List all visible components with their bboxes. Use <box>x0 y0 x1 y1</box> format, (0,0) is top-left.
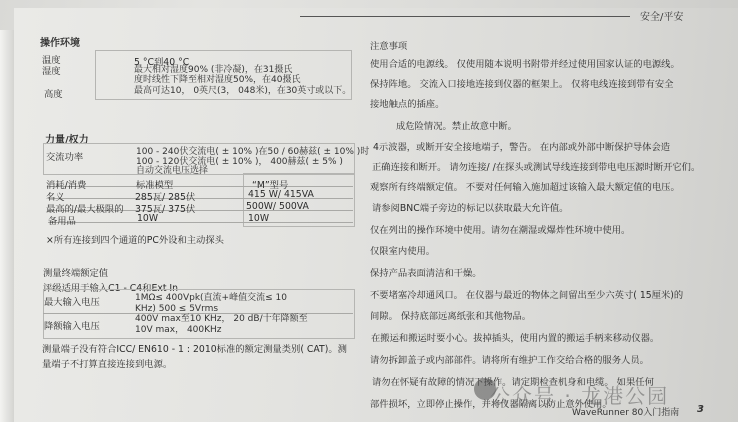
env-value-altitude: 最高可达10， 0英尺(3， 048米)，在30英寸或以下。 <box>134 86 351 96</box>
precaution-line: 在搬运和搬运时要小心。拔掉插头，使用内置的搬运手柄来移动仪器。 <box>371 330 659 344</box>
ac-power-label: 交流功率 <box>46 149 83 163</box>
terminal-value-max-2: KHz) 500 ≤ 5Vrms <box>135 304 218 314</box>
precaution-line: 仅在列出的操作环境中使用。请勿在潮湿或爆炸性环境中使用。 <box>370 222 630 236</box>
terminal-value-derated-2: 10V max， 400KHz <box>135 325 222 335</box>
precaution-line: 间隙。 保持底部远离纸张和其他物品。 <box>370 308 531 322</box>
terminal-label-max: 最大输入电压 <box>44 294 100 308</box>
page-curl <box>0 30 14 422</box>
terminal-value-max-1: 1MΩ≤ 400Vpk(直流+峰值交流≤ 10 <box>135 293 287 303</box>
header-rule <box>300 16 630 17</box>
consumption-row-label: 备用品 <box>48 213 76 227</box>
consumption-row-m: 10W <box>248 213 269 224</box>
precaution-line: 仅限室内使用。 <box>370 243 435 257</box>
ac-power-line-3: 自动交流电压选择 <box>136 166 208 176</box>
terminal-note-1: 测量端子没有符合ICC/ EN610 - 1 : 2010标准的额定测量类别( … <box>42 341 347 355</box>
precaution-line: 使用合适的电源线。 仅使用随本说明书附带并经过使用国家认证的电源线。 <box>370 56 680 70</box>
env-title: 操作环境 <box>40 34 80 49</box>
power-note: ×所有连接到四个通道的PC外设和主动探头 <box>46 232 224 246</box>
terminal-label-derated: 降额输入电压 <box>44 318 100 332</box>
consumption-row-rule <box>48 186 353 187</box>
terminal-value-derated-1: 400V max至10 KHz， 20 dB/十年降额至 <box>135 314 308 324</box>
env-label-altitude: 高度 <box>44 86 63 100</box>
ac-power-line-1: 100 - 240伏交流电( ± 10% )在50 / 60赫兹( ± 10% … <box>136 147 369 157</box>
precaution-line: 保持阵地。 交流入口接地连接到仪器的框架上。 仅将电线连接到带有安全 <box>370 76 673 90</box>
env-label-humidity: 湿度 <box>42 63 61 77</box>
precaution-line: 请参阅BNC端子旁边的标记以获取最大允许值。 <box>372 200 568 214</box>
precaution-line: 成危险情况。禁止故意中断。 <box>396 118 517 132</box>
consumption-row-std: 10W <box>137 213 158 224</box>
terminal-title: 测量终端额定值 <box>43 265 108 279</box>
precautions-title: 注意事项 <box>370 38 407 52</box>
precaution-line: 接地触点的插座。 <box>370 96 444 110</box>
precaution-line: 4示波器，或断开安全接地端子，警告。 在内部或外部中断保护导体会造 <box>373 139 670 153</box>
consumption-row-rule <box>48 222 353 223</box>
env-value-humidity-1: 最大相对湿度90% (非冷凝)，在31摄氏 <box>134 65 292 75</box>
precaution-line: 不要堵塞冷却通风口。 在仪器与最近的物体之间留出至少六英寸( 15厘米)的 <box>370 287 683 301</box>
page-number: 3 <box>697 404 704 415</box>
consumption-row-m: 500W/ 500VA <box>246 201 309 212</box>
section-header: 安全/平安 <box>640 8 683 23</box>
consumption-row-m: 415 W/ 415VA <box>248 189 314 200</box>
env-value-humidity-2: 度时线性下降至相对湿度50%，在40摄氏 <box>134 75 300 85</box>
terminal-note-2: 量端子不打算直接连接到电源。 <box>42 356 172 370</box>
precaution-line: 正确连接和断开。 请勿连接/ /在探头或测试导线连接到带电电压源时断开它们。 <box>372 159 700 173</box>
precaution-line: 请勿拆卸盖子或内部部件。请将所有维护工作交给合格的服务人员。 <box>370 352 649 366</box>
footer-guide-title: WaveRunner 80入门指南 <box>572 405 679 418</box>
precaution-line: 保持产品表面清洁和干燥。 <box>370 265 482 279</box>
precaution-line: 观察所有终端额定值。 不要对任何输入施加超过该输入最大额定值的电压。 <box>370 179 680 193</box>
